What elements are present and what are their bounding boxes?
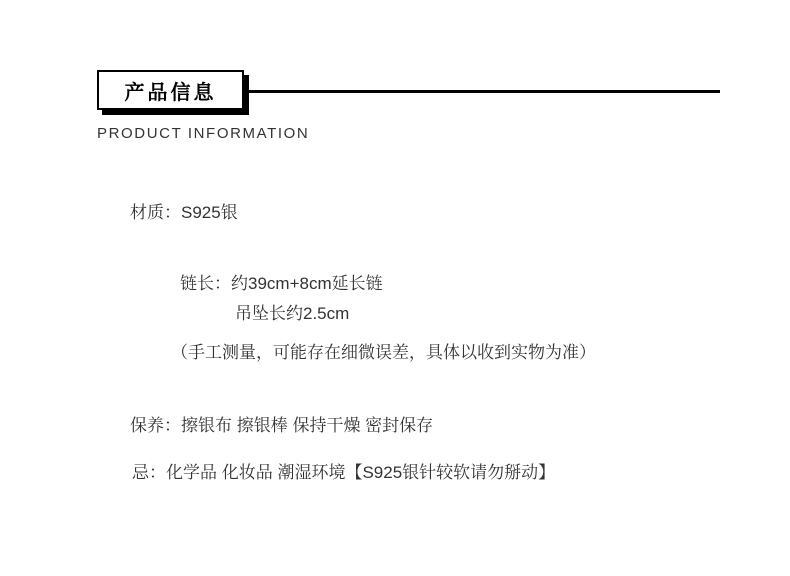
care-instructions-line: 保养：擦银布 擦银棒 保持干燥 密封保存 bbox=[130, 416, 433, 435]
material-line: 材质：S925银 bbox=[130, 203, 238, 222]
chain-length-line: 链长：约39cm+8cm延长链 bbox=[180, 274, 383, 293]
header-rule bbox=[242, 90, 720, 93]
product-info-panel: 产品信息 PRODUCT INFORMATION 材质：S925银 链长：约39… bbox=[0, 0, 790, 576]
section-title-cn: 产品信息 bbox=[125, 76, 217, 105]
measurement-note-line: （手工测量，可能存在细微误差，具体以收到实物为准） bbox=[171, 343, 596, 362]
section-title-en: PRODUCT INFORMATION bbox=[97, 125, 309, 142]
avoid-warning-line: 忌：化学品 化妆品 潮湿环境【S925银针较软请勿掰动】 bbox=[132, 463, 555, 482]
pendant-length-line: 吊坠长约2.5cm bbox=[235, 304, 349, 323]
title-box: 产品信息 bbox=[97, 70, 244, 110]
